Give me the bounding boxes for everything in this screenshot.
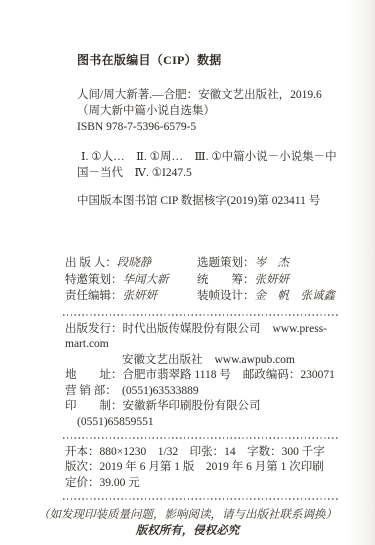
cip-title: 图书在版编目（CIP）数据: [77, 52, 349, 68]
staff-name: 岑 杰: [255, 257, 290, 269]
staff-credits-block: 出 版 人：段晓静 选题策划：岑 杰 特邀策划：华闻大新 统 筹：张妍妍 责任编…: [65, 255, 349, 305]
staff-label: 装帧设计：: [197, 290, 255, 302]
staff-label: 特邀策划：: [65, 274, 123, 286]
staff-label: 统 筹：: [197, 274, 255, 286]
footer-block: （如发现印装质量问题，影响阅读，请与出版社联系调换） 版权所有，侵权必究: [0, 507, 375, 539]
publisher-row: 营 销 部：(0551)63533889: [65, 384, 349, 400]
cip-block: 图书在版编目（CIP）数据 人间/周大新著.—合肥：安徽文艺出版社，2019.6…: [77, 52, 349, 209]
staff-name: 华闻大新: [123, 274, 169, 286]
staff-name: 张妍妍: [123, 290, 158, 302]
staff-cell: 统 筹：张妍妍: [197, 272, 349, 289]
staff-cell: 装帧设计：金 帆 张诚鑫: [197, 288, 349, 305]
staff-name: 金 帆 张诚鑫: [255, 290, 336, 302]
staff-cell: 选题策划：岑 杰: [197, 255, 349, 272]
cip-record-line: 人间/周大新著.—合肥：安徽文艺出版社，2019.6: [77, 87, 349, 103]
print-spec-edition-line: 版次：2019 年 6 月第 1 版 2019 年 6 月第 1 次印刷: [65, 460, 349, 476]
publisher-phone: (0551)65859551: [77, 416, 154, 428]
publisher-postcode: 邮政编码：230071: [243, 369, 335, 381]
publisher-value: 安徽文艺出版社: [122, 354, 203, 366]
publisher-row: 地 址：合肥市翡翠路 1118 号邮政编码：230071: [65, 368, 349, 384]
publisher-url: www.awpub.com: [215, 354, 295, 366]
publisher-label: 印 制：: [65, 399, 123, 415]
print-spec-price-line: 定价：39.00 元: [65, 476, 349, 492]
quality-notice: （如发现印装质量问题，影响阅读，请与出版社联系调换）: [0, 507, 375, 523]
staff-cell: 出 版 人：段晓静: [65, 255, 197, 272]
publisher-value: 时代出版传媒股份有限公司: [123, 323, 261, 335]
publisher-row: 印 制：安徽新华印刷股份有限公司(0551)65859551: [65, 399, 349, 430]
staff-cell: 特邀策划：华闻大新: [65, 272, 197, 289]
staff-row: 责任编辑：张妍妍 装帧设计：金 帆 张诚鑫: [65, 288, 349, 305]
cip-isbn-line: ISBN 978-7-5396-6579-5: [77, 119, 349, 135]
publisher-value: 合肥市翡翠路 1118 号: [123, 369, 231, 381]
publisher-value: (0551)63533889: [122, 385, 199, 397]
staff-label: 出 版 人：: [65, 257, 117, 269]
publisher-label: 营 销 部：: [65, 384, 122, 400]
publisher-label: 地 址：: [65, 368, 123, 384]
print-spec-format-line: 开本：880×1230 1/32 印张：14 字数：300 千字: [65, 445, 349, 461]
copyright-statement: 版权所有，侵权必究: [0, 523, 375, 539]
dotted-divider: [63, 437, 338, 439]
staff-name: 段晓静: [117, 257, 152, 269]
publisher-row: 出版发行：时代出版传媒股份有限公司www.press-mart.com: [65, 322, 349, 353]
publisher-label: 出版发行：: [65, 322, 123, 338]
book-copyright-page: 图书在版编目（CIP）数据 人间/周大新著.—合肥：安徽文艺出版社，2019.6…: [0, 0, 375, 545]
staff-label: 选题策划：: [197, 257, 255, 269]
staff-cell: 责任编辑：张妍妍: [65, 288, 197, 305]
publisher-value: 安徽新华印刷股份有限公司: [123, 400, 261, 412]
cip-registry-line: 中国版本图书馆 CIP 数据核字(2019)第 023411 号: [77, 193, 349, 209]
publisher-block: 出版发行：时代出版传媒股份有限公司www.press-mart.com 安徽文艺…: [65, 322, 349, 431]
dotted-divider: [63, 314, 338, 316]
cip-classification-line-2: 国－当代 Ⅳ. ①I247.5: [77, 165, 349, 181]
staff-row: 特邀策划：华闻大新 统 筹：张妍妍: [65, 272, 349, 289]
cip-series-line: （周大新中篇小说自选集）: [77, 103, 349, 119]
dotted-divider: [63, 498, 338, 500]
staff-name: 张妍妍: [255, 274, 290, 286]
print-spec-block: 开本：880×1230 1/32 印张：14 字数：300 千字 版次：2019…: [65, 445, 349, 492]
cip-classification-line-1: Ⅰ. ①人… Ⅱ. ①周… Ⅲ. ①中篇小说－小说集－中: [77, 149, 349, 165]
publisher-row: 安徽文艺出版社www.awpub.com: [65, 353, 349, 369]
staff-row: 出 版 人：段晓静 选题策划：岑 杰: [65, 255, 349, 272]
staff-label: 责任编辑：: [65, 290, 123, 302]
